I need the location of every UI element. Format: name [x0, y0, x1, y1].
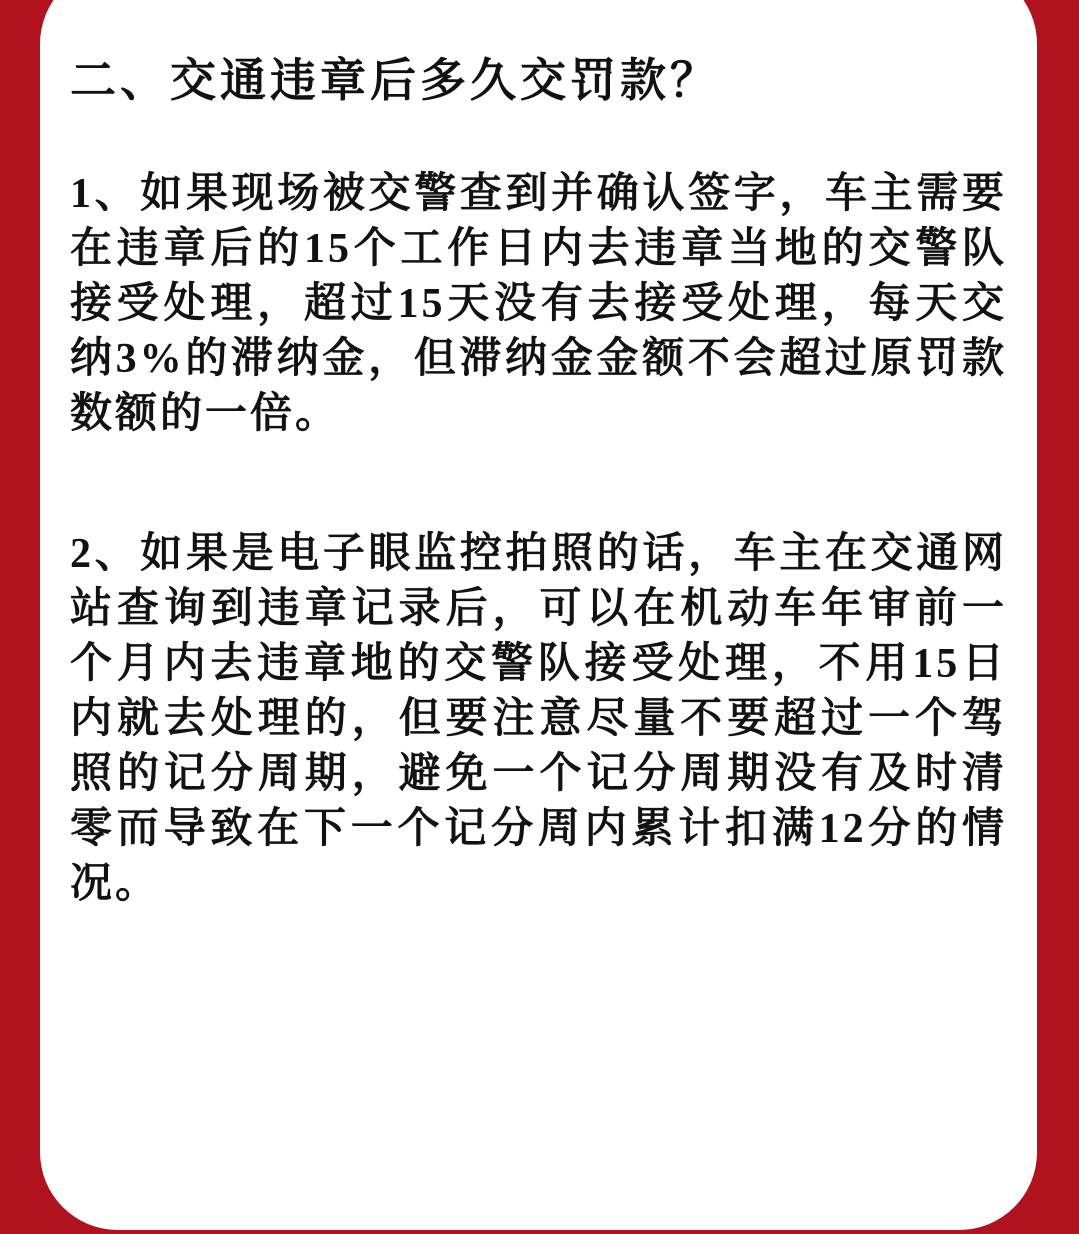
page-background: 二、交通违章后多久交罚款？ 1、如果现场被交警查到并确认签字，车主需要在违章后的…: [0, 0, 1079, 1234]
paragraph-camera-violation: 2、如果是电子眼监控拍照的话，车主在交通网站查询到违章记录后，可以在机动车年审前…: [70, 527, 1007, 912]
article-card: 二、交通违章后多久交罚款？ 1、如果现场被交警查到并确认签字，车主需要在违章后的…: [40, 0, 1037, 1230]
article-title: 二、交通违章后多久交罚款？: [70, 50, 1007, 112]
paragraph-onsite-violation: 1、如果现场被交警查到并确认签字，车主需要在违章后的15个工作日内去违章当地的交…: [70, 167, 1007, 442]
